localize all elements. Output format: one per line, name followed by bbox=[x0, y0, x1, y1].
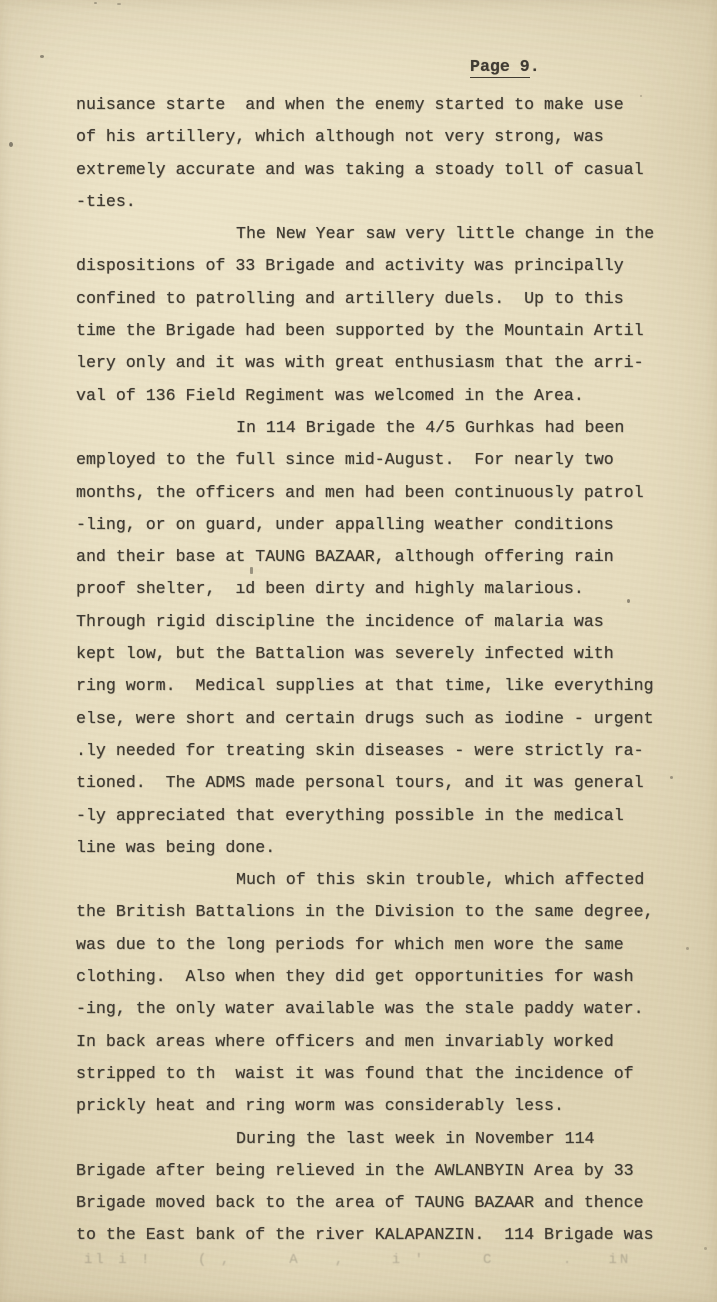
paper-speck bbox=[94, 2, 97, 4]
text-line: During the last week in November 114 bbox=[76, 1123, 676, 1155]
text-line: to the East bank of the river KALAPANZIN… bbox=[76, 1219, 676, 1251]
text-line: employed to the full since mid-August. F… bbox=[76, 444, 676, 476]
text-line: was due to the long periods for which me… bbox=[76, 929, 676, 961]
text-line: .ly needed for treating skin diseases - … bbox=[76, 735, 676, 767]
scanned-document-page: Page 9. nuisance starte and when the ene… bbox=[0, 0, 717, 1302]
text-line: -ling, or on guard, under appalling weat… bbox=[76, 509, 676, 541]
text-line: months, the officers and men had been co… bbox=[76, 477, 676, 509]
ghost-typewriter-marks: il i ! ( , A , i ' C . iN bbox=[84, 1252, 631, 1268]
text-line: Brigade moved back to the area of TAUNG … bbox=[76, 1187, 676, 1219]
text-line: Much of this skin trouble, which affecte… bbox=[76, 864, 676, 896]
paper-speck bbox=[9, 142, 13, 147]
text-line: proof shelter, ıd been dirty and highly … bbox=[76, 573, 676, 605]
text-line: ring worm. Medical supplies at that time… bbox=[76, 670, 676, 702]
text-line: of his artillery, which although not ver… bbox=[76, 121, 676, 153]
text-line: The New Year saw very little change in t… bbox=[76, 218, 676, 250]
text-line: Brigade after being relieved in the AWLA… bbox=[76, 1155, 676, 1187]
text-line: stripped to th waist it was found that t… bbox=[76, 1058, 676, 1090]
text-line: -ing, the only water available was the s… bbox=[76, 993, 676, 1025]
page-number-label: Page 9 bbox=[470, 57, 530, 78]
paper-speck bbox=[686, 947, 689, 950]
text-line: else, were short and certain drugs such … bbox=[76, 703, 676, 735]
text-line: In 114 Brigade the 4/5 Gurhkas had been bbox=[76, 412, 676, 444]
paper-speck bbox=[704, 1247, 707, 1250]
text-line: In back areas where officers and men inv… bbox=[76, 1026, 676, 1058]
text-line: nuisance starte and when the enemy start… bbox=[76, 89, 676, 121]
text-line: prickly heat and ring worm was considera… bbox=[76, 1090, 676, 1122]
text-line: clothing. Also when they did get opportu… bbox=[76, 961, 676, 993]
text-line: kept low, but the Battalion was severely… bbox=[76, 638, 676, 670]
text-line: val of 136 Field Regiment was welcomed i… bbox=[76, 380, 676, 412]
text-line: confined to patrolling and artillery due… bbox=[76, 283, 676, 315]
page-header: Page 9. bbox=[470, 57, 540, 76]
text-line: and their base at TAUNG BAZAAR, although… bbox=[76, 541, 676, 573]
text-line: extremely accurate and was taking a stoa… bbox=[76, 154, 676, 186]
text-line: Through rigid discipline the incidence o… bbox=[76, 606, 676, 638]
text-line: dispositions of 33 Brigade and activity … bbox=[76, 250, 676, 282]
text-line: -ly appreciated that everything possible… bbox=[76, 800, 676, 832]
text-line: time the Brigade had been supported by t… bbox=[76, 315, 676, 347]
text-line: -ties. bbox=[76, 186, 676, 218]
paper-speck bbox=[40, 55, 44, 58]
page-number-period: . bbox=[530, 57, 540, 76]
document-text-body: nuisance starte and when the enemy start… bbox=[76, 89, 676, 1252]
text-line: lery only and it was with great enthusia… bbox=[76, 347, 676, 379]
paper-speck bbox=[117, 3, 121, 5]
text-line: tioned. The ADMS made personal tours, an… bbox=[76, 767, 676, 799]
text-line: line was being done. bbox=[76, 832, 676, 864]
text-line: the British Battalions in the Division t… bbox=[76, 896, 676, 928]
